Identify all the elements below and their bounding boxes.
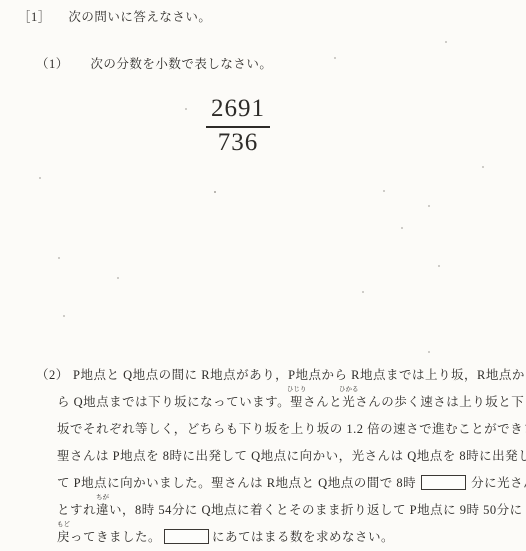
exam-page: ［1］ 次の問いに答えなさい。 （1） 次の分数を小数で表しなさい。 2691 … — [0, 0, 526, 551]
scan-speckle — [482, 166, 484, 168]
scan-speckle — [383, 190, 385, 192]
q2-line-7-mid: ってきました。 — [70, 530, 161, 544]
fraction-denominator: 736 — [203, 130, 273, 157]
scan-speckle — [401, 227, 403, 229]
scan-speckle — [58, 257, 60, 259]
q2-line-6: とすれ違ちがい，8時 54分に Q地点に着くとそのまま折り返して P地点に 9時… — [57, 501, 523, 519]
q2-line-2-post: さんの歩く速さは上り坂と下り — [355, 395, 526, 409]
q2-line-7-post: にあてはまる数を求めなさい。 — [212, 530, 394, 544]
scan-speckle — [185, 108, 187, 110]
problem-instruction: 次の問いに答えなさい。 — [68, 10, 211, 24]
scan-speckle — [428, 351, 430, 353]
fraction-bar — [206, 126, 270, 128]
problem-header: ［1］ 次の問いに答えなさい。 — [18, 8, 211, 26]
kanji-chigai: 違 — [96, 503, 109, 517]
q2-line-2-mid: さんと — [303, 395, 342, 409]
furigana-hikaru: ひかる — [339, 387, 359, 394]
answer-blank-minutes — [421, 475, 466, 490]
q2-line-5-text: て P地点に向かいました。聖さんは R地点と Q地点の間で 8時 — [57, 476, 416, 490]
q2-line-5: て P地点に向かいました。聖さんは R地点と Q地点の間で 8時分に光さん — [57, 474, 526, 492]
scan-speckle — [39, 177, 41, 179]
q2-line-5-post: 分に光さん — [471, 476, 526, 490]
ruby-word-hikaru: 光ひかる — [342, 393, 355, 411]
q2-line-2: ら Q地点までは下り坂になっています。聖ひじりさんと光ひかるさんの歩く速さは上り… — [57, 393, 526, 411]
ruby-word-modo: 戻もど — [57, 528, 70, 546]
problem-number-label: ［1］ — [18, 10, 51, 24]
scan-speckle — [362, 291, 364, 293]
q2-line-1: P地点と Q地点の間に R地点があり，P地点から R地点までは上り坂，R地点か — [73, 366, 525, 384]
q2-line-6-text: とすれ — [57, 503, 96, 517]
kanji-modo: 戻 — [57, 530, 70, 544]
furigana-modo: もど — [57, 522, 70, 529]
scan-speckle — [63, 315, 65, 317]
scan-speckle — [334, 57, 336, 59]
scan-speckle — [214, 191, 216, 193]
name-hikaru: 光 — [342, 395, 355, 409]
scan-speckle — [445, 41, 447, 43]
question-1-label: （1） — [36, 57, 69, 71]
scan-speckle — [510, 458, 512, 460]
q2-line-2-text: ら Q地点までは下り坂になっています。 — [57, 395, 290, 409]
scan-speckle — [428, 205, 430, 207]
furigana-chigai: ちが — [96, 495, 109, 502]
q2-line-7: 戻もどってきました。にあてはまる数を求めなさい。 — [57, 528, 394, 546]
furigana-hijiri: ひじり — [287, 387, 307, 394]
question-2-label: （2） — [36, 366, 69, 384]
name-hijiri: 聖 — [290, 395, 303, 409]
question-1-instruction: 次の分数を小数で表しなさい。 — [90, 57, 272, 71]
fraction: 2691 736 — [203, 96, 273, 156]
answer-blank-reference — [164, 529, 209, 544]
ruby-word-hijiri: 聖ひじり — [290, 393, 303, 411]
fraction-numerator: 2691 — [203, 96, 273, 123]
scan-speckle — [438, 265, 440, 267]
q2-line-3: 坂でそれぞれ等しく，どちらも下り坂を上り坂の 1.2 倍の速さで進むことができま… — [57, 420, 526, 438]
scan-speckle — [117, 277, 119, 279]
ruby-word-chigai: 違ちが — [96, 501, 109, 519]
question-1-header: （1） 次の分数を小数で表しなさい。 — [36, 55, 272, 73]
q2-line-4: 聖さんは P地点を 8時に出発して Q地点に向かい，光さんは Q地点を 8時に出… — [57, 447, 526, 465]
q2-line-6-post: い，8時 54分に Q地点に着くとそのまま折り返して P地点に 9時 50分に — [109, 503, 523, 517]
